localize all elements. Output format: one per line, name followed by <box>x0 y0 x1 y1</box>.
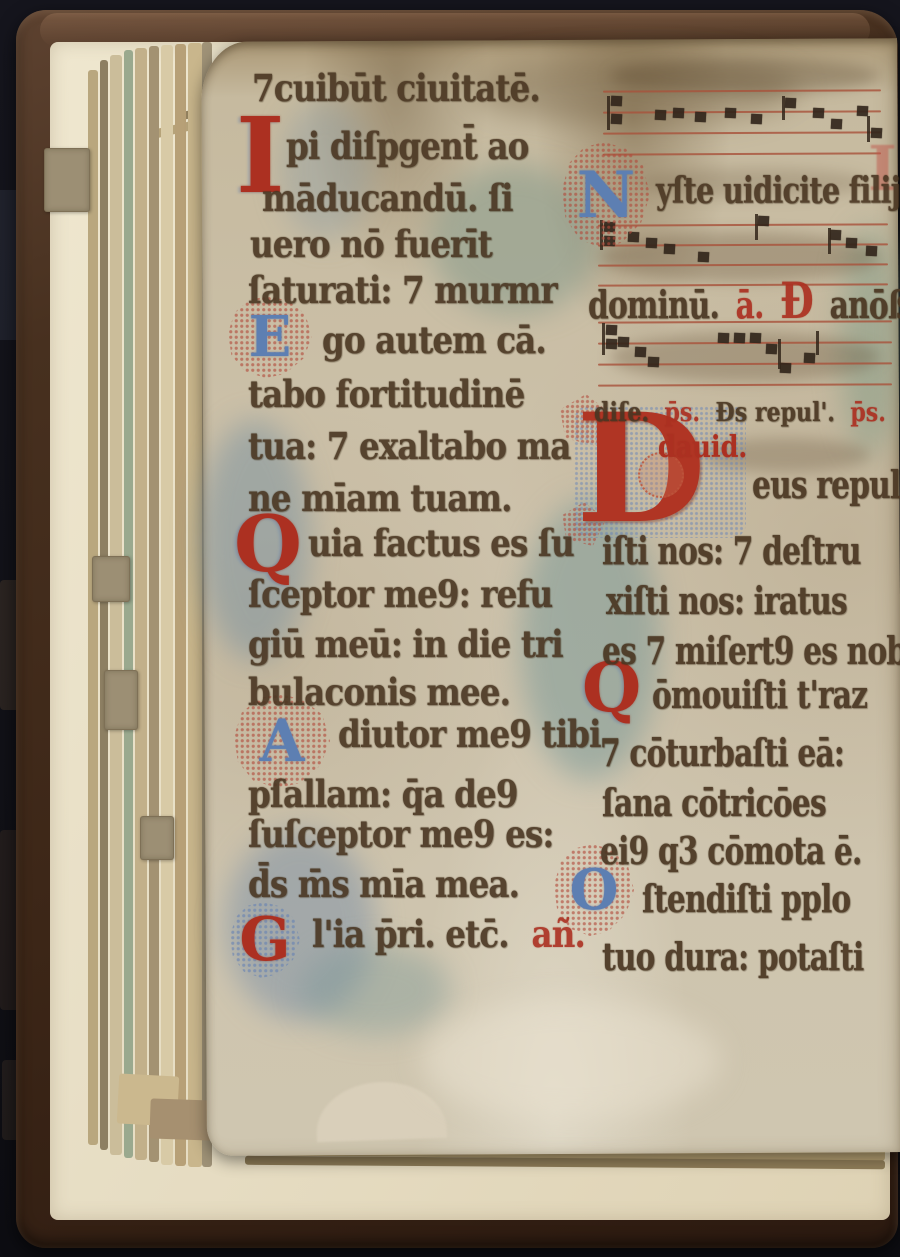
line-text: ſceptor me9: refu <box>248 572 552 616</box>
psalm-line: 7 cōturbaſti eā: <box>600 730 844 775</box>
leaf-edge <box>161 45 173 1165</box>
manuscript-line: d̄s m̄s mīa mea. <box>248 862 519 906</box>
manuscript-line: ſuſceptor me9 es: <box>248 812 554 856</box>
rubric-psalm-mark: p̄s. <box>664 398 700 428</box>
line-text: pſallam: q̄a de9 <box>248 772 518 816</box>
manuscript-line: ſaturati: 7 murmr <box>248 268 557 312</box>
rubric-abbreviation: ā. <box>736 282 764 327</box>
psalm-attribution: dauid. <box>658 430 747 465</box>
neume <box>830 230 842 241</box>
antiphon-continuation-line: dominū. ā. Đ anōß <box>588 272 900 330</box>
manuscript-line: go autem cā. <box>322 318 546 362</box>
manuscript-photo-scene: I E Q A G N D Q O I 7cuibūt ciuitatē. pi… <box>0 0 900 1257</box>
rubric-psalm-mark: p̄s. <box>850 398 886 428</box>
neume <box>766 344 778 355</box>
line-text: 7 cōturbaſti eā: <box>600 730 844 775</box>
rubric-line: diſe. p̄s. Đs repul'. p̄s. <box>594 398 894 428</box>
page-tab <box>92 556 130 602</box>
neume <box>804 353 816 364</box>
illuminated-initial-A: A <box>259 707 304 775</box>
line-text: dauid. <box>658 430 747 465</box>
staff-line <box>598 362 892 365</box>
neume <box>813 108 825 119</box>
line-text: tuo dura: potaſti <box>602 934 864 979</box>
manuscript-line: bulaconis mee. <box>248 670 510 714</box>
manuscript-line: l'ia p̄ri. etc̄. añ. <box>312 912 585 956</box>
leaf-edge <box>110 55 122 1155</box>
psalm-line: tuo dura: potaſti <box>602 934 864 979</box>
manuscript-line: giū meū: in die tri <box>248 622 563 666</box>
neume <box>758 216 770 227</box>
manuscript-line: tabo fortitudinē <box>248 372 524 416</box>
line-text: eus repul <box>752 462 900 507</box>
psalm-line: ſana cōtricōes <box>602 780 826 825</box>
page-tab <box>140 816 174 860</box>
neume-stem <box>828 228 831 254</box>
neume <box>785 98 797 109</box>
neume <box>673 108 685 119</box>
neume <box>780 363 792 374</box>
psalm-line: eus repul <box>752 462 900 507</box>
line-text: diutor me9 tibi <box>338 712 601 756</box>
illuminated-initial-N: N <box>577 158 636 233</box>
psalm-line: xiſti nos: iratus <box>606 578 847 623</box>
manuscript-line: ſceptor me9: refu <box>248 572 552 616</box>
line-text: uia factus es ſu <box>308 521 574 565</box>
staff-line <box>598 223 888 226</box>
neume <box>698 252 710 263</box>
neume <box>611 96 623 107</box>
line-text: yſte uidicite filij <box>656 170 900 212</box>
line-text: tabo fortitudinē <box>248 372 524 416</box>
rubric-capital: Đ <box>780 272 813 330</box>
psalm-line: es 7 miſert9 es nob. <box>602 628 900 673</box>
illuminated-initial-E: E <box>249 304 292 370</box>
manuscript-line: ne mīam tuam. <box>248 476 512 520</box>
line-text: ōmouiſti t'raz <box>652 672 867 717</box>
neume-stem <box>782 96 785 120</box>
line-text: ſaturati: 7 murmr <box>248 268 557 312</box>
staff-line <box>603 89 881 92</box>
neume <box>846 238 858 249</box>
line-text: māducandū. ſi <box>262 176 513 220</box>
line-text: d̄s m̄s mīa mea. <box>248 862 519 906</box>
leaf-edge <box>88 70 98 1145</box>
leaf-edge <box>149 46 159 1162</box>
line-text: giū meū: in die tri <box>248 622 563 666</box>
leaf-edge <box>175 44 186 1166</box>
neume-stem <box>755 214 758 240</box>
neume <box>648 357 660 368</box>
leaf-edge <box>188 43 202 1167</box>
neume <box>646 238 658 249</box>
line-text: xiſti nos: iratus <box>606 578 847 623</box>
leaf-edge <box>124 50 133 1158</box>
line-text: l'ia p̄ri. etc̄. <box>312 912 509 956</box>
neume <box>635 347 647 358</box>
line-text: es 7 miſert9 es nob. <box>602 628 900 673</box>
neume-stem <box>816 331 819 355</box>
neume <box>831 119 843 130</box>
rubric-text: diſe. <box>594 398 649 428</box>
manuscript-line: 7cuibūt ciuitatē. <box>252 66 540 110</box>
rubric-text: Đs repul'. <box>715 398 835 428</box>
manuscript-line: uia factus es ſu <box>308 521 574 565</box>
leaf-edge <box>135 48 147 1160</box>
line-text: pi diſpgent̄ ao <box>286 124 528 168</box>
line-text: iſti nos: 7 deſtru <box>602 528 861 573</box>
neume <box>718 333 730 344</box>
psalm-line: iſti nos: 7 deſtru <box>602 528 861 573</box>
staff-line <box>598 263 888 266</box>
manuscript-line: māducandū. ſi <box>262 176 513 220</box>
neume <box>618 337 630 348</box>
staff-line <box>603 110 881 113</box>
manuscript-line: tua: 7 exaltabo ma <box>248 424 570 468</box>
line-text: bulaconis mee. <box>248 670 510 714</box>
illuminated-initial-Q: Q <box>234 512 302 578</box>
manuscript-line: diutor me9 tibi <box>338 712 601 756</box>
line-text: ei9 q3 cōmota ē. <box>600 828 862 873</box>
leaf-edge <box>100 60 108 1150</box>
line-text: anōß <box>830 282 900 327</box>
neume <box>606 339 618 350</box>
neume-stem <box>607 96 610 130</box>
neume <box>695 112 707 123</box>
neume <box>751 114 763 125</box>
line-text: 7cuibūt ciuitatē. <box>252 66 540 110</box>
line-text: ſtendiſti pplo <box>642 876 850 921</box>
page-tab <box>104 670 138 730</box>
neume <box>611 114 623 125</box>
manuscript-line: pſallam: q̄a de9 <box>248 772 518 816</box>
page-tab <box>44 148 90 212</box>
staff-line <box>598 243 888 246</box>
neume <box>750 333 762 344</box>
line-text: ſana cōtricōes <box>602 780 826 825</box>
psalm-line: ſtendiſti pplo <box>642 876 850 921</box>
line-text: ne mīam tuam. <box>248 476 512 520</box>
antiphon-text-line: yſte uidicite filij <box>656 170 900 212</box>
staff-line <box>603 152 881 155</box>
neume <box>866 246 878 257</box>
antiphon-abbreviation: añ. <box>531 912 584 956</box>
neume <box>664 244 676 255</box>
line-text: uero nō fuerīt <box>250 222 492 266</box>
neume-stem <box>778 339 781 369</box>
line-text: ſuſceptor me9 es: <box>248 812 554 856</box>
music-staff-1 <box>603 90 881 162</box>
manuscript-line: uero nō fuerīt <box>250 222 492 266</box>
staff-line <box>603 131 881 134</box>
line-text: go autem cā. <box>322 318 546 362</box>
staff-line <box>598 341 892 344</box>
line-text: tua: 7 exaltabo ma <box>248 424 570 468</box>
stain <box>300 945 450 1035</box>
neume <box>725 108 737 119</box>
illuminated-initial-G: G <box>239 905 290 975</box>
neume <box>857 106 869 117</box>
line-text: dominū. <box>588 282 719 327</box>
psalm-line: ōmouiſti t'raz <box>652 672 867 717</box>
neume <box>655 110 667 121</box>
stain <box>420 1000 720 1120</box>
psalm-line: ei9 q3 cōmota ē. <box>600 828 862 873</box>
manuscript-line: pi diſpgent̄ ao <box>286 124 528 168</box>
neume <box>734 333 746 344</box>
